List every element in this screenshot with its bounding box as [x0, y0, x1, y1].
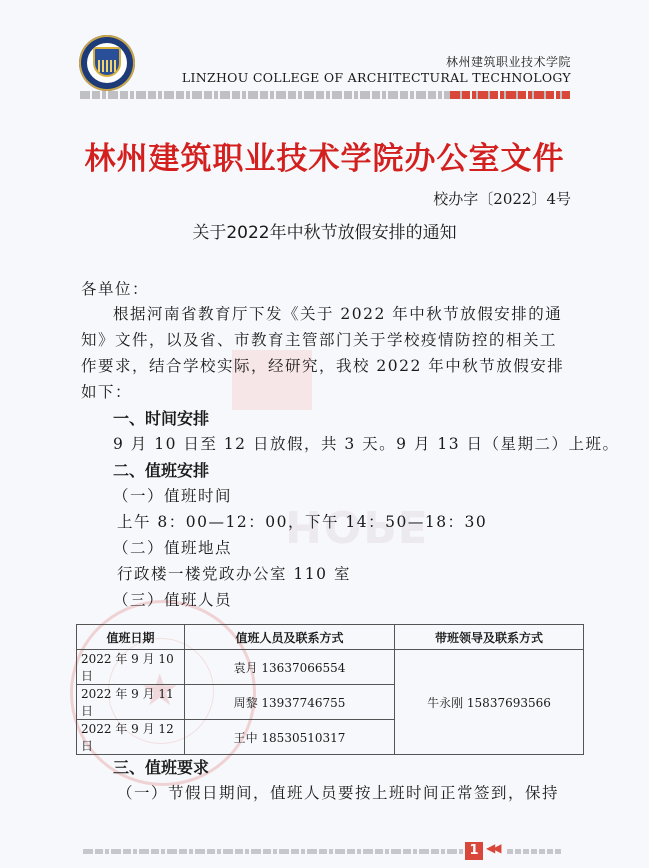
- duty-staff: 袁月 13637066554: [185, 650, 395, 685]
- document-number: 校办字〔2022〕4号: [433, 188, 571, 209]
- duty-location-heading: （二）值班地点: [113, 536, 232, 558]
- intro-line-1: 根据河南省教育厅下发《关于 2022 年中秋节放假安排的通: [113, 302, 562, 324]
- header-duty-staff: 值班人员及联系方式: [185, 625, 395, 650]
- duty-date: 2022 年 9 月 10 日: [77, 650, 185, 685]
- section-1-heading: 一、时间安排: [113, 406, 209, 429]
- table-header-row: 值班日期 值班人员及联系方式 带班领导及联系方式: [77, 625, 584, 650]
- intro-line-3: 作要求，结合学校实际，经研究，我校 2022 年中秋节放假安排: [81, 354, 564, 376]
- college-name-cn: 林州建筑职业技术学院: [446, 53, 571, 70]
- college-name-en: LINZHOU COLLEGE OF ARCHITECTURAL TECHNOL…: [182, 70, 571, 85]
- table-row: 2022 年 9 月 10 日 袁月 13637066554 牛永刚 15837…: [77, 650, 584, 685]
- duty-schedule-table: 值班日期 值班人员及联系方式 带班领导及联系方式 2022 年 9 月 10 日…: [76, 624, 584, 755]
- emblem-shield: [93, 47, 121, 77]
- header-duty-date: 值班日期: [77, 625, 185, 650]
- notice-title: 关于2022年中秋节放假安排的通知: [0, 218, 649, 243]
- college-emblem-icon: [79, 35, 135, 91]
- duty-date: 2022 年 9 月 11 日: [77, 685, 185, 720]
- header-pattern-accent: [450, 91, 570, 99]
- intro-line-2: 知》文件，以及省、市教育主管部门关于学校疫情防控的相关工: [81, 328, 557, 350]
- duty-staff: 周黎 13937746755: [185, 685, 395, 720]
- section-3-line-1: （一）节假日期间，值班人员要按上班时间正常签到，保持: [117, 781, 559, 803]
- duty-leader: 牛永刚 15837693566: [395, 650, 584, 755]
- footer-pattern-bar: [83, 849, 463, 854]
- footer-pattern-tail: [507, 849, 561, 854]
- document-title: 林州建筑职业技术学院办公室文件: [0, 133, 649, 178]
- duty-staff-heading: （三）值班人员: [113, 588, 232, 610]
- greeting: 各单位：: [81, 277, 149, 299]
- section-1-text: 9 月 10 日至 12 日放假，共 3 天。9 月 13 日（星期二）上班。: [113, 432, 620, 454]
- intro-line-4: 如下：: [81, 380, 132, 402]
- duty-date: 2022 年 9 月 12 日: [77, 720, 185, 755]
- header-duty-leader: 带班领导及联系方式: [395, 625, 584, 650]
- document-page: HOPE ★ 林州建筑职业技术学院 LINZHOU COLLEGE OF ARC…: [0, 0, 649, 868]
- section-3-heading: 三、值班要求: [113, 755, 209, 778]
- duty-time-text: 上午 8：00—12：00，下午 14：50—18：30: [117, 510, 487, 532]
- duty-staff: 王中 18530510317: [185, 720, 395, 755]
- page-number: 1: [465, 842, 483, 860]
- duty-time-heading: （一）值班时间: [113, 484, 232, 506]
- section-2-heading: 二、值班安排: [113, 458, 209, 481]
- duty-location-text: 行政楼一楼党政办公室 110 室: [117, 562, 351, 584]
- double-arrow-left-icon: ◀◀: [486, 841, 498, 855]
